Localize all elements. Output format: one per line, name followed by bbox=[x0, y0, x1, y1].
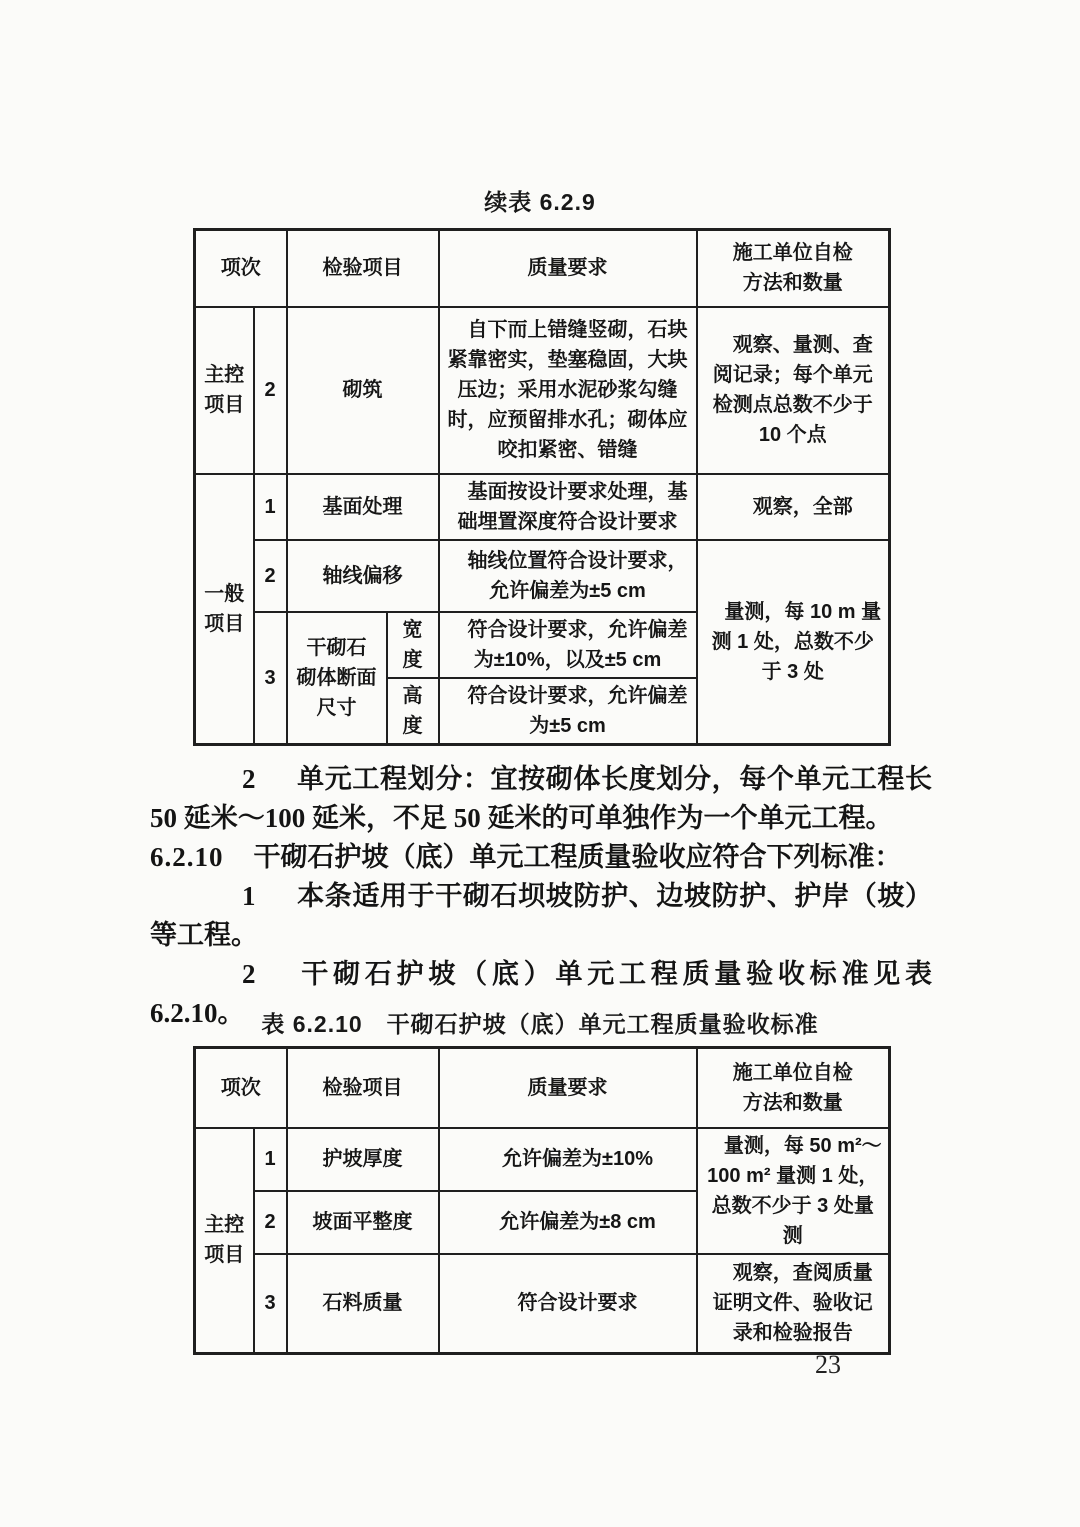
t2-r1-group: 主控 项目 bbox=[195, 1128, 254, 1354]
t2-r3-item: 石料质量 bbox=[287, 1254, 439, 1354]
table-629-caption: 续表 6.2.9 bbox=[0, 184, 1080, 217]
t2-head-item: 检验项目 bbox=[287, 1048, 439, 1128]
t2-r1-item: 护坡厚度 bbox=[287, 1128, 439, 1191]
t2-r1-method: 量测，每 50 m²～100 m² 量测 1 处，总数不少于 3 处量测 bbox=[697, 1128, 890, 1254]
t1-r1-method: 观察、量测、查阅记录；每个单元检测点总数不少于 10 个点 bbox=[697, 307, 890, 474]
clause-6-2-10-heading: 6.2.10干砌石护坡（底）单元工程质量验收应符合下列标准： bbox=[150, 838, 932, 877]
table-6210: 项次 检验项目 质量要求 施工单位自检 方法和数量 主控 项目 1 护坡厚度 允… bbox=[193, 1046, 891, 1355]
t1-head-xiangci: 项次 bbox=[195, 230, 287, 307]
t2-head-xiangci: 项次 bbox=[195, 1048, 287, 1128]
clause-number: 6.2.10 bbox=[150, 842, 224, 872]
t1-head-method: 施工单位自检 方法和数量 bbox=[697, 230, 890, 307]
list-number: 2 bbox=[242, 959, 257, 989]
table-row: 主控 项目 1 护坡厚度 允许偏差为±10% 量测，每 50 m²～100 m²… bbox=[195, 1128, 890, 1191]
document-page: 续表 6.2.9 项次 检验项目 质量要求 施工单位自检 方法和数量 主控 项目… bbox=[0, 0, 1080, 1527]
t1-r3-num: 2 bbox=[254, 540, 287, 612]
t1-r3-item: 轴线偏移 bbox=[287, 540, 439, 612]
t1-r1-group: 主控 项目 bbox=[195, 307, 254, 474]
t1-r4-quality: 符合设计要求，允许偏差为±10%，以及±5 cm bbox=[439, 612, 697, 678]
t2-r2-num: 2 bbox=[254, 1191, 287, 1254]
t1-head-item: 检验项目 bbox=[287, 230, 439, 307]
list-number: 2 bbox=[242, 764, 257, 794]
t2-r3-num: 3 bbox=[254, 1254, 287, 1354]
t2-r2-item: 坡面平整度 bbox=[287, 1191, 439, 1254]
t1-r1-quality: 自下而上错缝竖砌，石块紧靠密实，垫塞稳固，大块压边；采用水泥砂浆勾缝时，应预留排… bbox=[439, 307, 697, 474]
t2-head-quality: 质量要求 bbox=[439, 1048, 697, 1128]
t1-r3-method: 量测，每 10 m 量测 1 处，总数不少于 3 处 bbox=[697, 540, 890, 745]
t1-r4-sub: 宽度 bbox=[387, 612, 439, 678]
body-paragraphs: 2单元工程划分：宜按砌体长度划分，每个单元工程长 50 延米～100 延米，不足… bbox=[150, 760, 932, 1033]
table-row: 3 石料质量 符合设计要求 观察，查阅质量证明文件、验收记录和检验报告 bbox=[195, 1254, 890, 1354]
t1-r1-num: 2 bbox=[254, 307, 287, 474]
t2-r1-quality: 允许偏差为±10% bbox=[439, 1128, 697, 1191]
t2-r3-method: 观察，查阅质量证明文件、验收记录和检验报告 bbox=[697, 1254, 890, 1354]
table-row: 一般 项目 1 基面处理 基面按设计要求处理，基础埋置深度符合设计要求 观察，全… bbox=[195, 474, 890, 540]
t1-r1-item: 砌筑 bbox=[287, 307, 439, 474]
t1-r5-sub: 高度 bbox=[387, 678, 439, 745]
t2-head-method: 施工单位自检 方法和数量 bbox=[697, 1048, 890, 1128]
t1-r3-quality: 轴线位置符合设计要求，允许偏差为±5 cm bbox=[439, 540, 697, 612]
table-629-header-row: 项次 检验项目 质量要求 施工单位自检 方法和数量 bbox=[195, 230, 890, 307]
t1-r2-group: 一般 项目 bbox=[195, 474, 254, 745]
t2-r1-num: 1 bbox=[254, 1128, 287, 1191]
t1-r5-quality: 符合设计要求，允许偏差为±5 cm bbox=[439, 678, 697, 745]
t1-r2-item: 基面处理 bbox=[287, 474, 439, 540]
t1-r4-item: 干砌石 砌体断面 尺寸 bbox=[287, 612, 387, 745]
t1-r2-quality: 基面按设计要求处理，基础埋置深度符合设计要求 bbox=[439, 474, 697, 540]
paragraph-applicability: 1本条适用于干砌石坝坡防护、边坡防护、护岸（坡）等工程。 bbox=[150, 877, 932, 955]
clause-text: 干砌石护坡（底）单元工程质量验收应符合下列标准： bbox=[254, 842, 902, 872]
t2-r3-quality: 符合设计要求 bbox=[439, 1254, 697, 1354]
paragraph-text: 单元工程划分：宜按砌体长度划分，每个单元工程长 50 延米～100 延米，不足 … bbox=[150, 764, 932, 833]
table-row: 2 轴线偏移 轴线位置符合设计要求，允许偏差为±5 cm 量测，每 10 m 量… bbox=[195, 540, 890, 612]
table-6210-caption: 表 6.2.10 干砌石护坡（底）单元工程质量验收标准 bbox=[0, 1006, 1080, 1039]
t1-r2-num: 1 bbox=[254, 474, 287, 540]
paragraph-unit-division: 2单元工程划分：宜按砌体长度划分，每个单元工程长 50 延米～100 延米，不足… bbox=[150, 760, 932, 838]
page-number: 23 bbox=[796, 1350, 860, 1380]
table-629: 项次 检验项目 质量要求 施工单位自检 方法和数量 主控 项目 2 砌筑 自下而… bbox=[193, 228, 891, 746]
t2-r2-quality: 允许偏差为±8 cm bbox=[439, 1191, 697, 1254]
list-number: 1 bbox=[242, 881, 257, 911]
t1-head-quality: 质量要求 bbox=[439, 230, 697, 307]
t1-r4-num: 3 bbox=[254, 612, 287, 745]
table-row: 主控 项目 2 砌筑 自下而上错缝竖砌，石块紧靠密实，垫塞稳固，大块压边；采用水… bbox=[195, 307, 890, 474]
t1-r2-method: 观察，全部 bbox=[697, 474, 890, 540]
paragraph-text: 本条适用于干砌石坝坡防护、边坡防护、护岸（坡）等工程。 bbox=[150, 881, 932, 950]
table-6210-header-row: 项次 检验项目 质量要求 施工单位自检 方法和数量 bbox=[195, 1048, 890, 1128]
